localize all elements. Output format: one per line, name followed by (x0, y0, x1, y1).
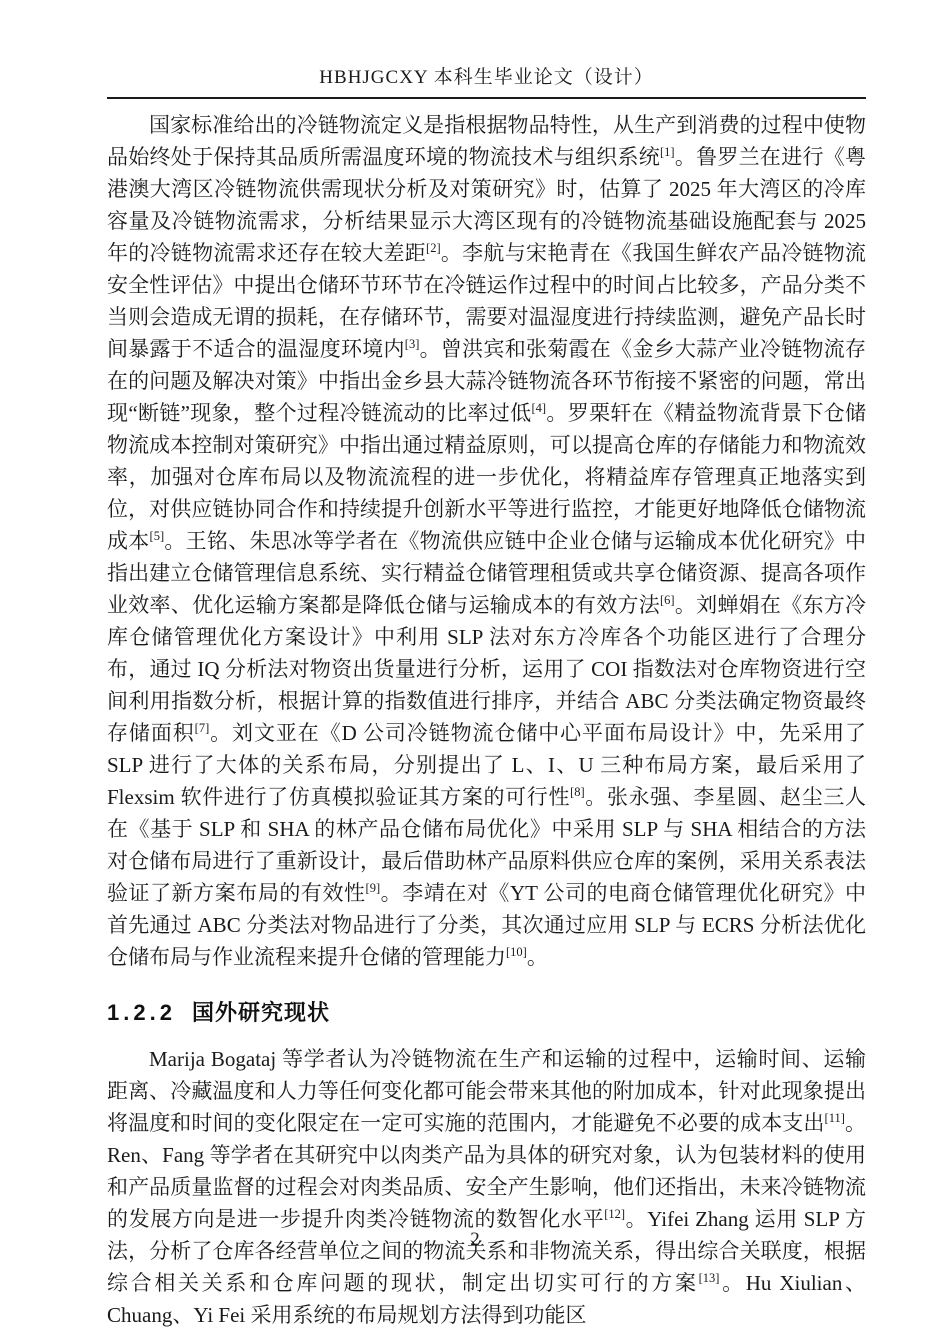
section-heading-title: 国外研究现状 (192, 1000, 330, 1025)
citation-marker: [12] (604, 1207, 625, 1221)
citation-marker: [8] (570, 785, 585, 799)
citation-marker: [7] (195, 721, 210, 735)
thesis-page: HBHJGCXY 本科生毕业论文（设计） 国家标准给出的冷链物流定义是指根据物品… (0, 0, 950, 1344)
citation-marker: [6] (660, 593, 675, 607)
citation-marker: [11] (825, 1111, 845, 1125)
citation-marker: [1] (660, 145, 675, 159)
citation-marker: [13] (699, 1271, 720, 1285)
section-heading: 1.2.2国外研究现状 (107, 998, 866, 1028)
paragraph-foreign-research: Marija Bogataj 等学者认为冷链物流在生产和运输的过程中，运输时间、… (107, 1043, 866, 1331)
citation-marker: [2] (426, 241, 441, 255)
page-number: 2 (0, 1228, 950, 1252)
page-body: 国家标准给出的冷链物流定义是指根据物品特性，从生产到消费的过程中使物品始终处于保… (107, 109, 866, 1331)
section-heading-number: 1.2.2 (107, 1000, 176, 1025)
page-header: HBHJGCXY 本科生毕业论文（设计） (107, 66, 866, 99)
paragraph-domestic-research: 国家标准给出的冷链物流定义是指根据物品特性，从生产到消费的过程中使物品始终处于保… (107, 109, 866, 973)
citation-marker: [4] (532, 401, 547, 415)
citation-marker: [10] (506, 945, 527, 959)
citation-marker: [9] (366, 881, 381, 895)
citation-marker: [3] (405, 337, 420, 351)
citation-marker: [5] (150, 529, 165, 543)
page-header-title: HBHJGCXY 本科生毕业论文（设计） (319, 67, 653, 88)
